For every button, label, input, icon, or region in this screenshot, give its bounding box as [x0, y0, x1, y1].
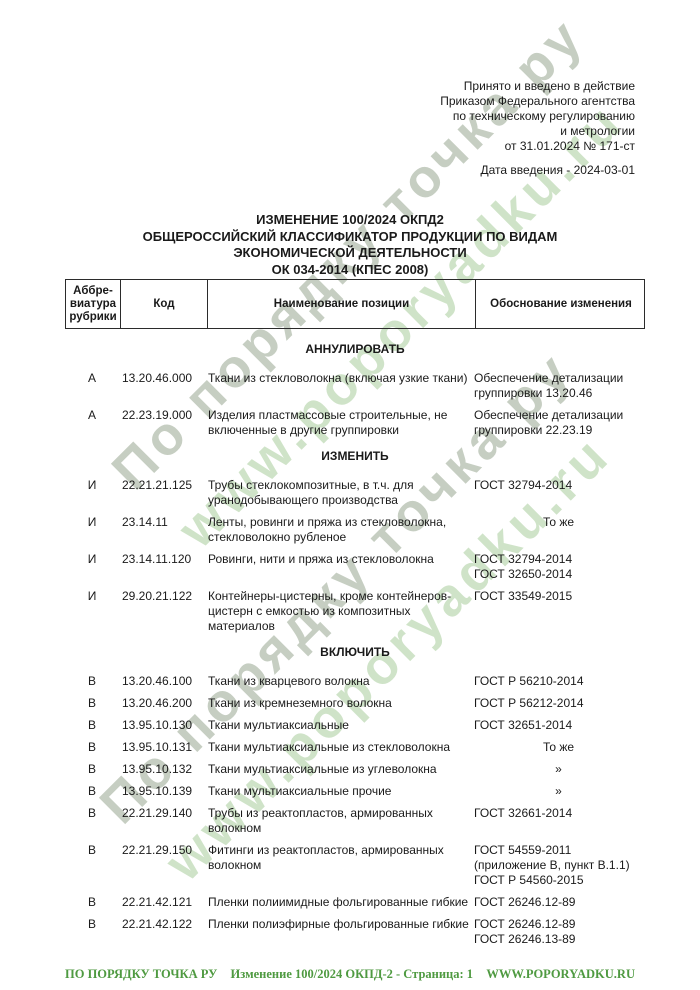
- position-name: Пленки полиимидные фольгированные гибкие: [206, 895, 474, 910]
- position-code: 22.21.29.150: [119, 843, 206, 888]
- change-reason: То же: [474, 515, 645, 545]
- rubric-abbr: В: [65, 696, 119, 711]
- acceptance-block: Принято и введено в действие Приказом Фе…: [440, 79, 635, 178]
- change-reason: ГОСТ 54559-2011 (приложение В, пункт В.1…: [474, 843, 645, 888]
- rubric-abbr: В: [65, 843, 119, 888]
- change-reason: ГОСТ 32794-2014 ГОСТ 32650-2014: [474, 552, 645, 582]
- table-row: А 22.23.19.000 Изделия пластмассовые стр…: [65, 408, 645, 438]
- change-reason: ГОСТ 26246.12-89: [474, 895, 645, 910]
- table-row: В 22.21.29.150 Фитинги из реактопластов,…: [65, 843, 645, 888]
- change-reason: »: [474, 784, 645, 799]
- position-name: Изделия пластмассовые строительные, не в…: [206, 408, 474, 438]
- rubric-abbr: В: [65, 740, 119, 755]
- position-name: Трубы стеклокомпозитные, в т.ч. для уран…: [206, 478, 474, 508]
- section-heading-include: ВКЛЮЧИТЬ: [65, 645, 645, 660]
- acceptance-line: Приказом Федерального агентства: [440, 94, 635, 109]
- document-page: По порядку точка ру www.poporyadku.ru По…: [0, 0, 700, 990]
- table-row: В 22.21.42.121 Пленки полиимидные фольги…: [65, 895, 645, 910]
- position-name: Фитинги из реактопластов, армированных в…: [206, 843, 474, 888]
- position-code: 23.14.11.120: [119, 552, 206, 582]
- position-name: Пленки полиэфирные фольгированные гибкие: [206, 917, 474, 947]
- rubric-abbr: В: [65, 806, 119, 836]
- position-name: Ткани мультиаксиальные из стекловолокна: [206, 740, 474, 755]
- position-code: 13.20.46.100: [119, 674, 206, 689]
- acceptance-line: от 31.01.2024 № 171-ст: [440, 139, 635, 154]
- position-code: 23.14.11: [119, 515, 206, 545]
- acceptance-line: и метрологии: [440, 124, 635, 139]
- section-heading-change: ИЗМЕНИТЬ: [65, 449, 645, 464]
- change-reason: Обеспечение детализации группировки 22.2…: [474, 408, 645, 438]
- change-reason: ГОСТ 32661-2014: [474, 806, 645, 836]
- change-reason: ГОСТ Р 56212-2014: [474, 696, 645, 711]
- section-heading-annul: АННУЛИРОВАТЬ: [65, 342, 645, 357]
- position-name: Ткани из кварцевого волокна: [206, 674, 474, 689]
- position-code: 22.21.29.140: [119, 806, 206, 836]
- table-body: АННУЛИРОВАТЬ А 13.20.46.000 Ткани из сте…: [65, 330, 645, 954]
- change-reason: ГОСТ Р 56210-2014: [474, 674, 645, 689]
- title-line: ОК 034-2014 (КПЕС 2008): [0, 262, 700, 279]
- table-header: Аббре- виатура рубрики Код Наименование …: [65, 279, 645, 329]
- table-row: В 13.95.10.131 Ткани мультиаксиальные из…: [65, 740, 645, 755]
- position-code: 13.20.46.200: [119, 696, 206, 711]
- position-name: Ровинги, нити и пряжа из стекловолокна: [206, 552, 474, 582]
- table-row: В 13.95.10.132 Ткани мультиаксиальные из…: [65, 762, 645, 777]
- change-reason: »: [474, 762, 645, 777]
- rubric-abbr: А: [65, 371, 119, 401]
- position-name: Ткани мультиаксиальные из углеволокна: [206, 762, 474, 777]
- position-code: 29.20.21.122: [119, 589, 206, 634]
- table-row: И 23.14.11.120 Ровинги, нити и пряжа из …: [65, 552, 645, 582]
- rubric-abbr: В: [65, 674, 119, 689]
- page-footer: ПО ПОРЯДКУ ТОЧКА РУ Изменение 100/2024 О…: [65, 967, 635, 982]
- position-name: Ткани мультиаксиальные прочие: [206, 784, 474, 799]
- acceptance-line: Принято и введено в действие: [440, 79, 635, 94]
- acceptance-line: по техническому регулированию: [440, 109, 635, 124]
- footer-page-info: Изменение 100/2024 ОКПД-2 - Страница: 1: [231, 967, 474, 982]
- rubric-abbr: И: [65, 515, 119, 545]
- document-title: ИЗМЕНЕНИЕ 100/2024 ОКПД2 ОБЩЕРОССИЙСКИЙ …: [0, 212, 700, 278]
- table-row: В 22.21.29.140 Трубы из реактопластов, а…: [65, 806, 645, 836]
- position-name: Ткани мультиаксиальные: [206, 718, 474, 733]
- position-name: Ткани из кремнеземного волокна: [206, 696, 474, 711]
- table-row: И 23.14.11 Ленты, ровинги и пряжа из сте…: [65, 515, 645, 545]
- rubric-abbr: А: [65, 408, 119, 438]
- change-reason: То же: [474, 740, 645, 755]
- change-reason: ГОСТ 32794-2014: [474, 478, 645, 508]
- position-name: Ленты, ровинги и пряжа из стекловолокна,…: [206, 515, 474, 545]
- table-row: А 13.20.46.000 Ткани из стекловолокна (в…: [65, 371, 645, 401]
- position-code: 13.95.10.130: [119, 718, 206, 733]
- position-name: Контейнеры-цистерны, кроме контейнеров- …: [206, 589, 474, 634]
- table-row: В 22.21.42.122 Пленки полиэфирные фольги…: [65, 917, 645, 947]
- rubric-abbr: В: [65, 784, 119, 799]
- title-line: ЭКОНОМИЧЕСКОЙ ДЕЯТЕЛЬНОСТИ: [0, 245, 700, 262]
- rubric-abbr: И: [65, 589, 119, 634]
- rubric-abbr: И: [65, 552, 119, 582]
- footer-site-url: WWW.POPORYADKU.RU: [486, 967, 635, 982]
- table-row: В 13.20.46.100 Ткани из кварцевого волок…: [65, 674, 645, 689]
- rubric-abbr: И: [65, 478, 119, 508]
- title-line: ИЗМЕНЕНИЕ 100/2024 ОКПД2: [0, 212, 700, 229]
- change-reason: ГОСТ 32651-2014: [474, 718, 645, 733]
- rubric-abbr: В: [65, 718, 119, 733]
- table-row: В 13.20.46.200 Ткани из кремнеземного во…: [65, 696, 645, 711]
- change-reason: Обеспечение детализации группировки 13.2…: [474, 371, 645, 401]
- position-name: Трубы из реактопластов, армированных вол…: [206, 806, 474, 836]
- position-code: 13.95.10.139: [119, 784, 206, 799]
- rubric-abbr: В: [65, 762, 119, 777]
- introduction-date: Дата введения - 2024-03-01: [440, 163, 635, 178]
- column-header-rubric: Аббре- виатура рубрики: [66, 280, 120, 328]
- title-line: ОБЩЕРОССИЙСКИЙ КЛАССИФИКАТОР ПРОДУКЦИИ П…: [0, 229, 700, 246]
- table-row: В 13.95.10.130 Ткани мультиаксиальные ГО…: [65, 718, 645, 733]
- change-reason: ГОСТ 26246.12-89 ГОСТ 26246.13-89: [474, 917, 645, 947]
- column-header-code: Код: [120, 280, 207, 328]
- position-name: Ткани из стекловолокна (включая узкие тк…: [206, 371, 474, 401]
- table-row: И 22.21.21.125 Трубы стеклокомпозитные, …: [65, 478, 645, 508]
- position-code: 22.21.42.122: [119, 917, 206, 947]
- table-row: В 13.95.10.139 Ткани мультиаксиальные пр…: [65, 784, 645, 799]
- footer-site-name: ПО ПОРЯДКУ ТОЧКА РУ: [65, 967, 217, 982]
- change-reason: ГОСТ 33549-2015: [474, 589, 645, 634]
- column-header-name: Наименование позиции: [207, 280, 475, 328]
- position-code: 22.21.42.121: [119, 895, 206, 910]
- position-code: 22.23.19.000: [119, 408, 206, 438]
- rubric-abbr: В: [65, 895, 119, 910]
- column-header-reason: Обоснование изменения: [475, 280, 646, 328]
- position-code: 22.21.21.125: [119, 478, 206, 508]
- rubric-abbr: В: [65, 917, 119, 947]
- table-row: И 29.20.21.122 Контейнеры-цистерны, кром…: [65, 589, 645, 634]
- position-code: 13.20.46.000: [119, 371, 206, 401]
- position-code: 13.95.10.131: [119, 740, 206, 755]
- position-code: 13.95.10.132: [119, 762, 206, 777]
